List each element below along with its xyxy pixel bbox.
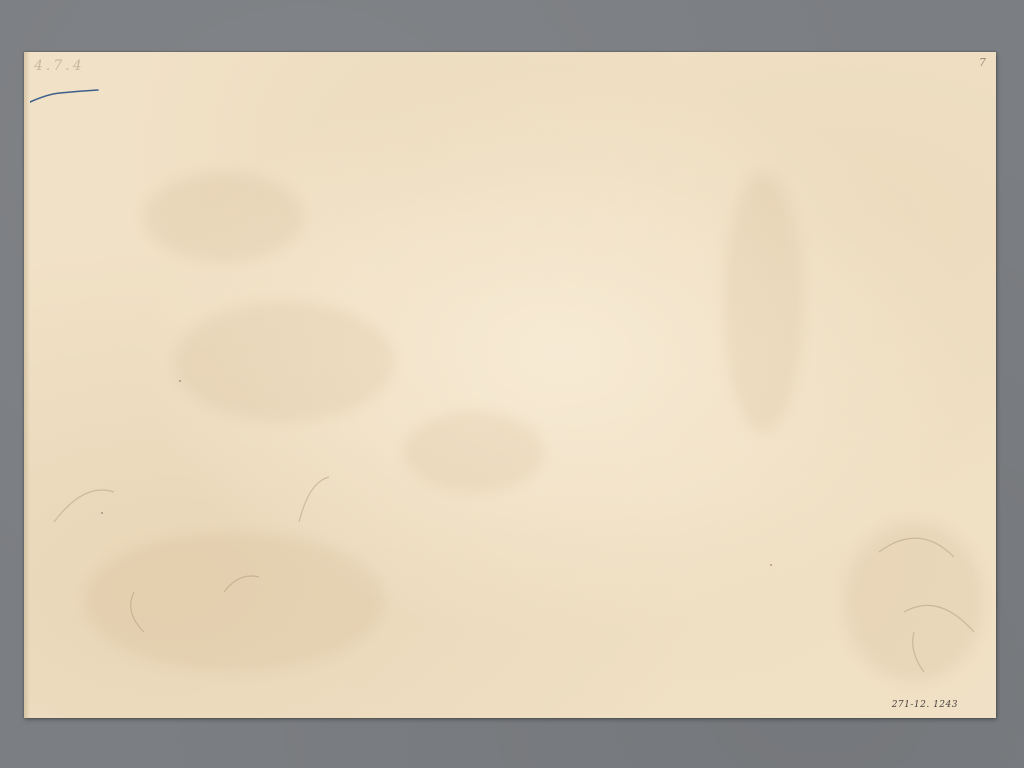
pencil-annotation-top-left: 4.7.4 xyxy=(34,58,85,74)
corner-mark-top-right: 7 xyxy=(979,56,986,69)
paper-sheet: 4.7.4 7 271-12. 1243 xyxy=(24,52,996,718)
stain xyxy=(404,412,544,492)
stain xyxy=(144,172,304,262)
stain xyxy=(724,172,804,432)
speck xyxy=(179,380,181,382)
speck xyxy=(770,564,772,566)
stain xyxy=(844,522,984,682)
paper-left-edge xyxy=(24,52,30,718)
catalog-number: 271-12. 1243 xyxy=(892,700,958,710)
showthrough-marks xyxy=(24,52,996,718)
blue-pencil-stroke xyxy=(30,86,100,106)
speck xyxy=(101,512,103,514)
faint-curves xyxy=(24,52,996,718)
stain xyxy=(174,302,394,422)
stain xyxy=(84,532,384,672)
